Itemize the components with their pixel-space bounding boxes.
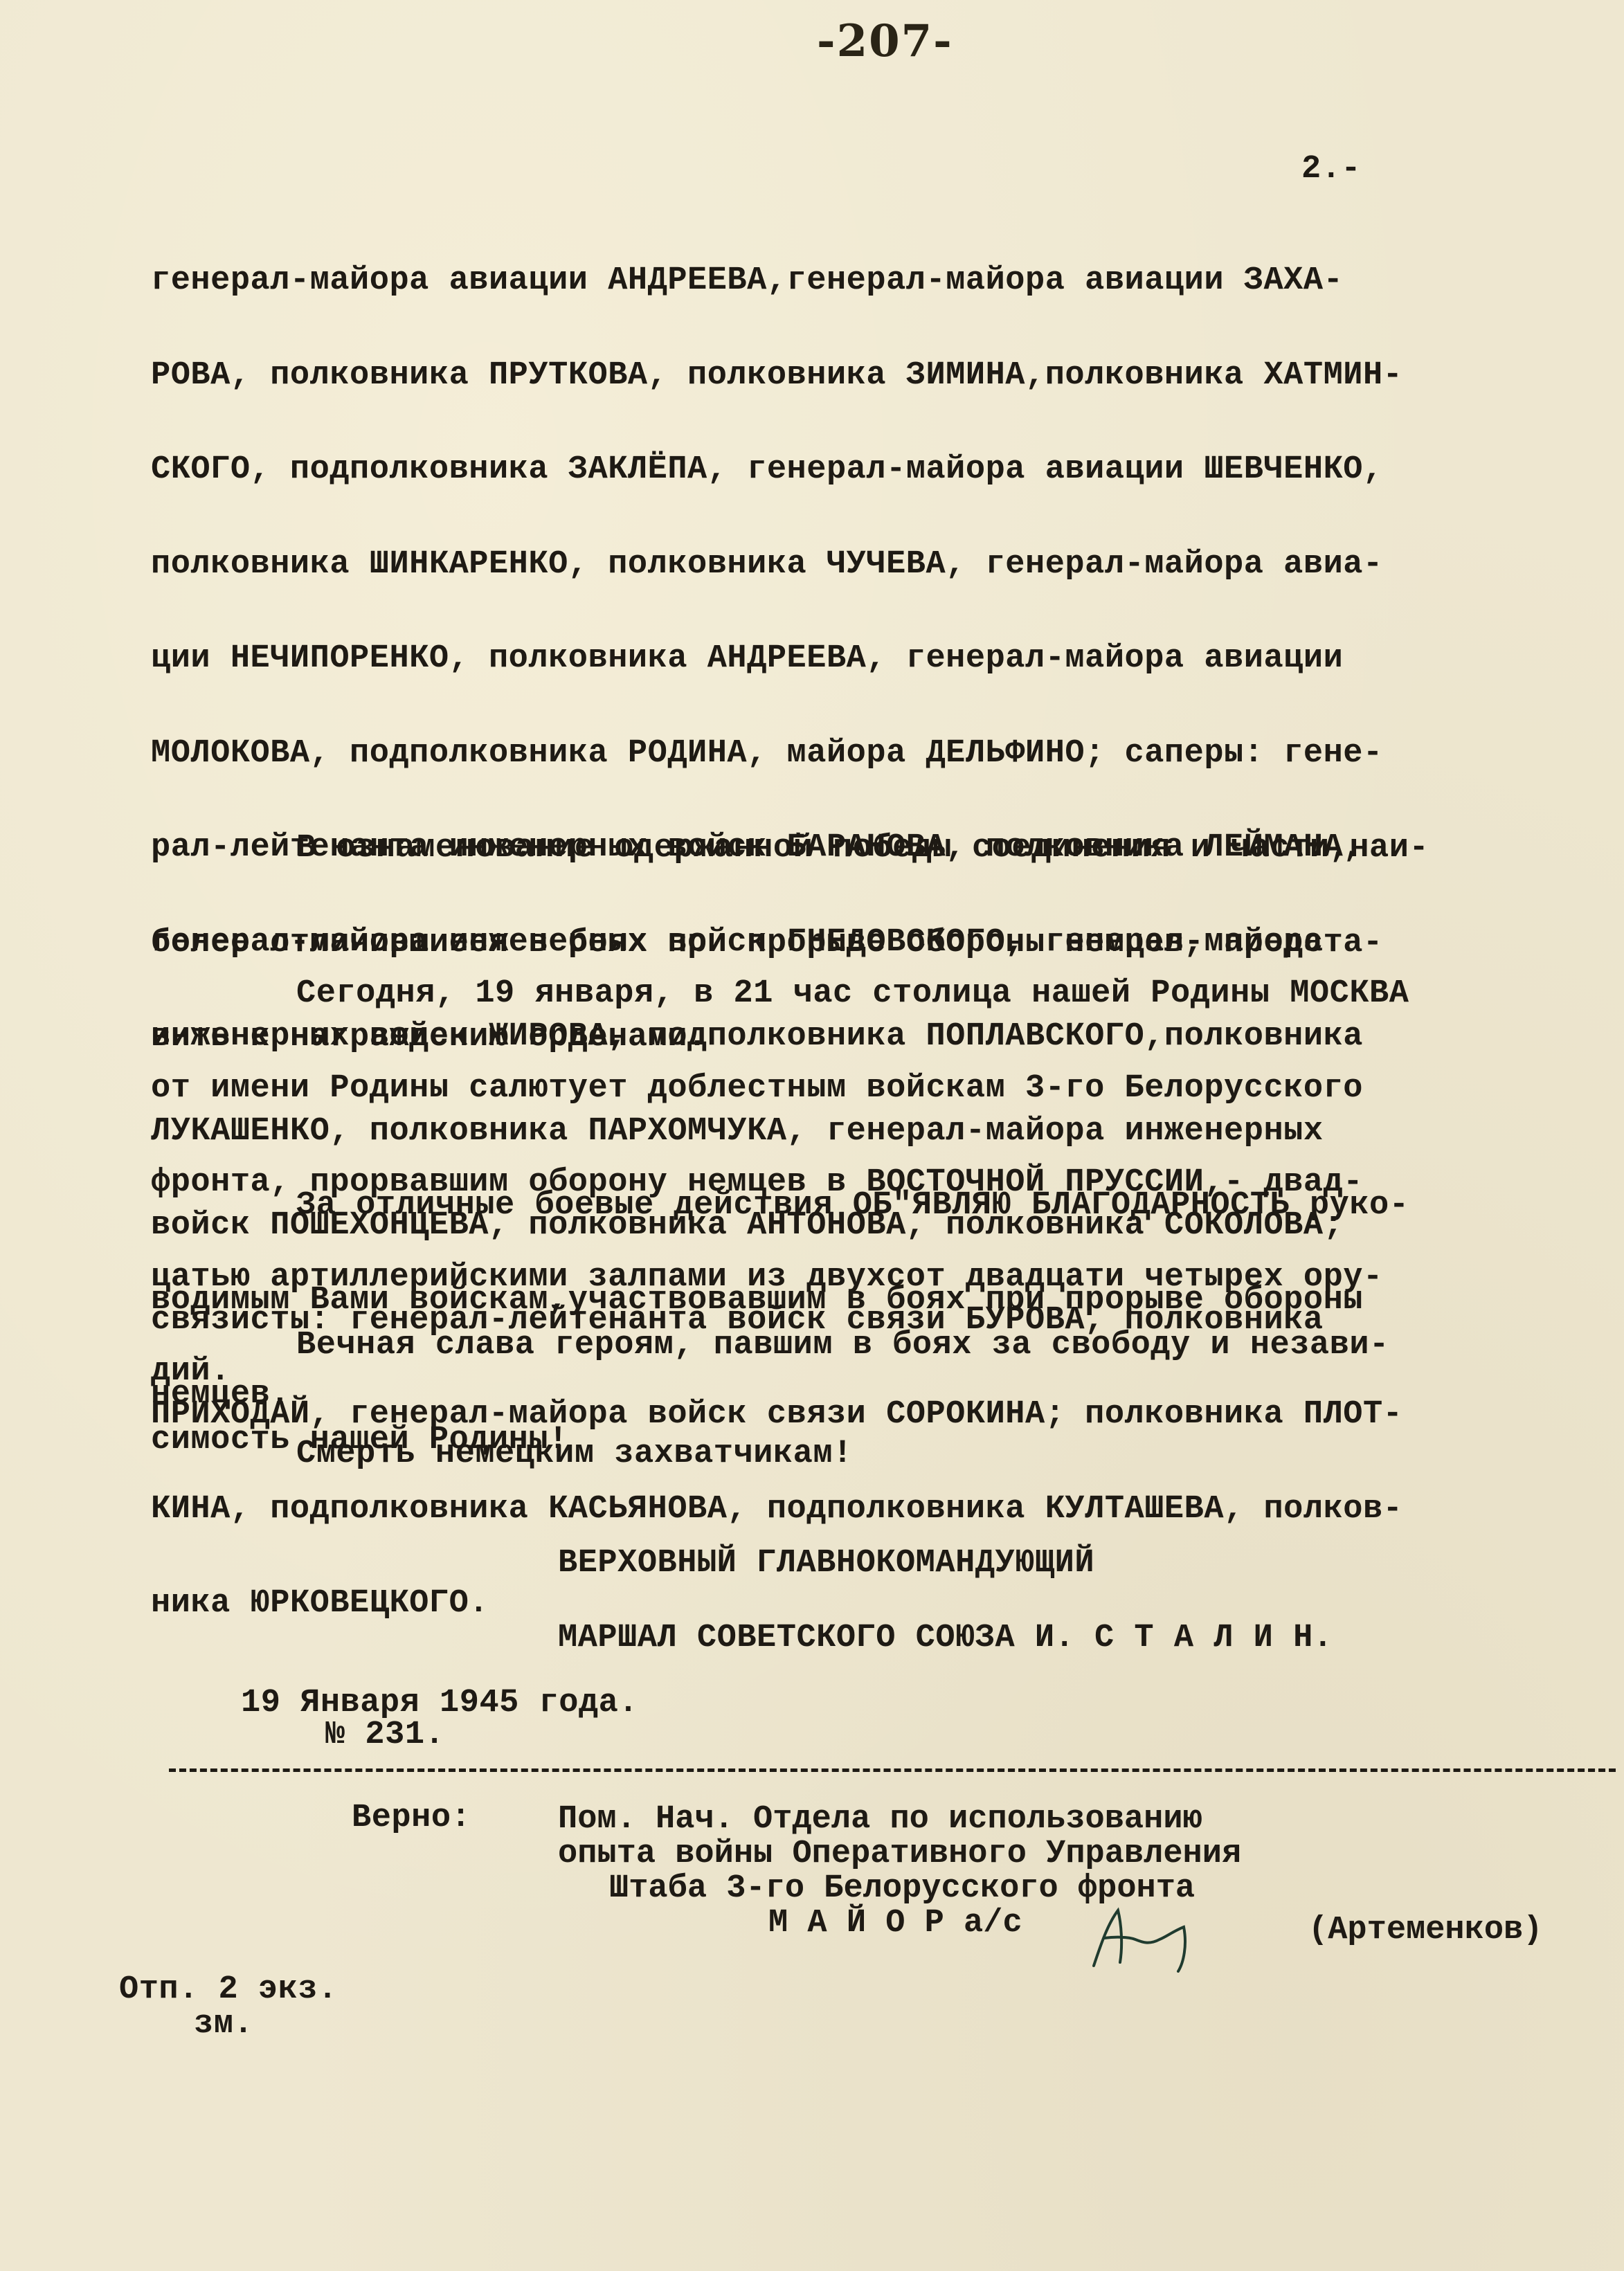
certification-rank: М А Й О Р а/с xyxy=(768,1906,1022,1941)
text-line: РОВА, полковника ПРУТКОВА, полковника ЗИ… xyxy=(151,360,1402,392)
typist-initials: зм. xyxy=(194,2009,253,2041)
text-line: ника ЮРКОВЕЦКОГО. xyxy=(151,1588,1402,1620)
page-number: -207- xyxy=(817,15,953,67)
order-date: 19 Января 1945 года. xyxy=(241,1688,638,1719)
handwritten-signature-icon xyxy=(1080,1897,1211,1973)
dashed-divider xyxy=(169,1768,1616,1772)
document-page: -207- 2.- генерал-майора авиации АНДРЕЕВ… xyxy=(0,0,1624,2271)
signatory-title: ВЕРХОВНЫЙ ГЛАВНОКОМАНДУЮЩИЙ xyxy=(558,1545,1094,1582)
text-line: полковника ШИНКАРЕНКО, полковника ЧУЧЕВА… xyxy=(151,549,1402,581)
certification-label: Верно: xyxy=(352,1802,471,1834)
copies-note: Отп. 2 экз. xyxy=(119,1974,338,2006)
text-line: За отличные боевые действия ОБ"ЯВЛЯЮ БЛА… xyxy=(151,1190,1409,1222)
text-line: Вечная слава героям, павшим в боях за св… xyxy=(151,1330,1389,1361)
closing-slogan: Смерть немецким захватчикам! xyxy=(151,1375,853,1533)
text-line: СКОГО, подполковника ЗАКЛЁПА, генерал-ма… xyxy=(151,454,1402,486)
text-line: В ознаменование одержанной победы соедин… xyxy=(151,833,1429,865)
sheet-number: 2.- xyxy=(1301,154,1361,186)
text-line: генерал-майора авиации АНДРЕЕВА,генерал-… xyxy=(151,265,1402,297)
certification-line: опыта войны Оперативного Управления xyxy=(558,1837,1241,1872)
text-line: МОЛОКОВА, подполковника РОДИНА, майора Д… xyxy=(151,738,1402,770)
text-line: Сегодня, 19 января, в 21 час столица наш… xyxy=(151,978,1409,1010)
certification-line: Пом. Нач. Отдела по использованию xyxy=(558,1802,1202,1837)
signatory-name: МАРШАЛ СОВЕТСКОГО СОЮЗА И. С Т А Л И Н. xyxy=(558,1620,1333,1656)
certifier-name: (Артеменков) xyxy=(1308,1913,1542,1948)
order-number: № 231. xyxy=(325,1719,444,1751)
text-line: Смерть немецким захватчикам! xyxy=(151,1438,853,1470)
text-line: от имени Родины салютует доблестным войс… xyxy=(151,1073,1409,1105)
text-line: ции НЕЧИПОРЕНКО, полковника АНДРЕЕВА, ге… xyxy=(151,643,1402,675)
